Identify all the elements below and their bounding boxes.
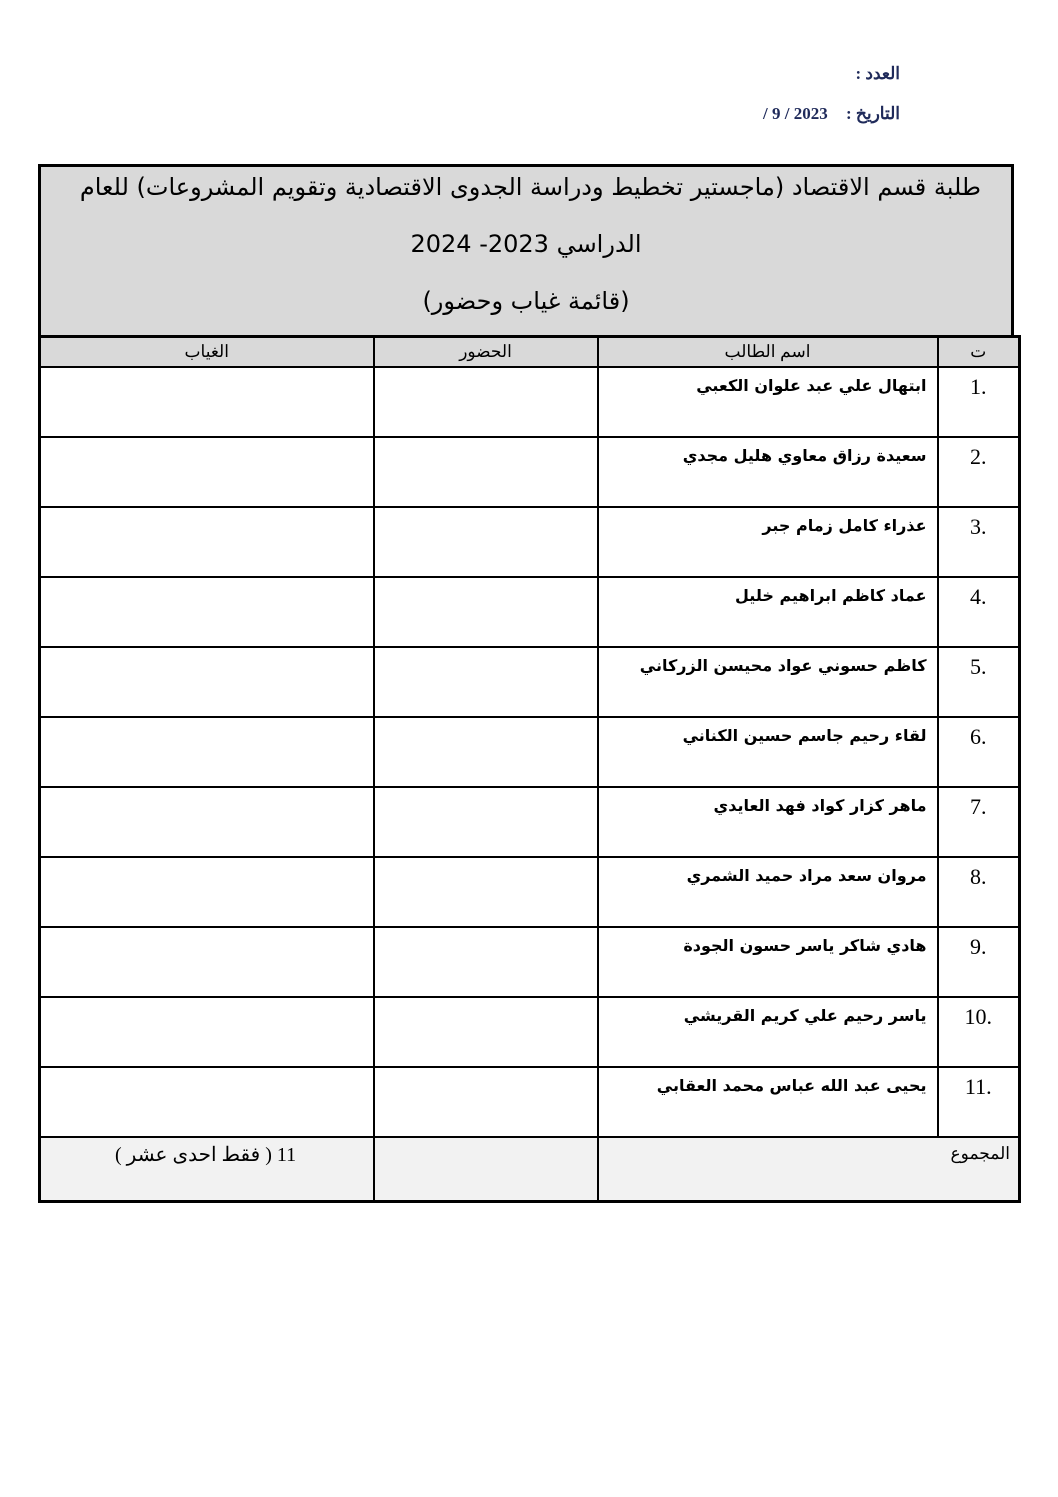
title-box: طلبة قسم الاقتصاد (ماجستير تخطيط ودراسة … <box>38 164 1014 335</box>
row-index: 4. <box>938 577 1020 647</box>
student-name: يحيى عبد الله عباس محمد العقابي <box>598 1067 938 1137</box>
document-number-label: العدد : <box>855 64 900 84</box>
student-name: ماهر كزار كواد فهد العايدي <box>598 787 938 857</box>
absence-cell[interactable] <box>40 787 374 857</box>
attendance-cell[interactable] <box>374 997 598 1067</box>
attendance-cell[interactable] <box>374 437 598 507</box>
title-line-3: (قائمة غياب وحضور) <box>41 287 1011 315</box>
student-name: هادي شاكر ياسر حسون الجودة <box>598 927 938 997</box>
table-header-row: ت اسم الطالب الحضور الغياب <box>40 337 1020 368</box>
column-header-absence: الغياب <box>40 337 374 368</box>
absence-cell[interactable] <box>40 857 374 927</box>
title-line-1: طلبة قسم الاقتصاد (ماجستير تخطيط ودراسة … <box>71 173 981 201</box>
attendance-cell[interactable] <box>374 577 598 647</box>
attendance-table: ت اسم الطالب الحضور الغياب 1. ابتهال علي… <box>38 335 1021 1203</box>
table-row: 9. هادي شاكر ياسر حسون الجودة <box>40 927 1020 997</box>
attendance-cell[interactable] <box>374 857 598 927</box>
table-row: 4. عماد كاظم ابراهيم خليل <box>40 577 1020 647</box>
attendance-cell[interactable] <box>374 787 598 857</box>
title-line-2: الدراسي 2023- 2024 <box>41 230 1011 258</box>
row-index: 5. <box>938 647 1020 717</box>
date-value: 2023 / 9 / <box>763 104 828 123</box>
row-index: 10. <box>938 997 1020 1067</box>
column-header-attendance: الحضور <box>374 337 598 368</box>
row-index: 11. <box>938 1067 1020 1137</box>
attendance-cell[interactable] <box>374 717 598 787</box>
absence-cell[interactable] <box>40 367 374 437</box>
table-row: 11. يحيى عبد الله عباس محمد العقابي <box>40 1067 1020 1137</box>
absence-cell[interactable] <box>40 1067 374 1137</box>
row-index: 9. <box>938 927 1020 997</box>
table-row: 5. كاظم حسوني عواد محيسن الزركاني <box>40 647 1020 717</box>
absence-cell[interactable] <box>40 437 374 507</box>
absence-cell[interactable] <box>40 577 374 647</box>
student-name: كاظم حسوني عواد محيسن الزركاني <box>598 647 938 717</box>
absence-cell[interactable] <box>40 507 374 577</box>
column-header-index: ت <box>938 337 1020 368</box>
absence-cell[interactable] <box>40 927 374 997</box>
attendance-cell[interactable] <box>374 1067 598 1137</box>
total-row: المجموع 11 ( فقط احدى عشر ) <box>40 1137 1020 1202</box>
attendance-cell[interactable] <box>374 507 598 577</box>
row-index: 1. <box>938 367 1020 437</box>
table-row: 8. مروان سعد مراد حميد الشمري <box>40 857 1020 927</box>
student-name: عماد كاظم ابراهيم خليل <box>598 577 938 647</box>
student-name: ياسر رحيم علي كريم القريشي <box>598 997 938 1067</box>
row-index: 7. <box>938 787 1020 857</box>
student-name: لقاء رحيم جاسم حسين الكناني <box>598 717 938 787</box>
absence-cell[interactable] <box>40 717 374 787</box>
total-attendance <box>374 1137 598 1202</box>
student-name: ابتهال علي عبد علوان الكعبي <box>598 367 938 437</box>
document-date: التاريخ : 2023 / 9 / <box>763 104 900 124</box>
attendance-cell[interactable] <box>374 927 598 997</box>
table-row: 10. ياسر رحيم علي كريم القريشي <box>40 997 1020 1067</box>
date-label: التاريخ : <box>846 104 900 123</box>
row-index: 3. <box>938 507 1020 577</box>
table-row: 7. ماهر كزار كواد فهد العايدي <box>40 787 1020 857</box>
attendance-cell[interactable] <box>374 647 598 717</box>
row-index: 8. <box>938 857 1020 927</box>
table-row: 6. لقاء رحيم جاسم حسين الكناني <box>40 717 1020 787</box>
table-row: 2. سعيدة رزاق معاوي هليل مجدي <box>40 437 1020 507</box>
attendance-cell[interactable] <box>374 367 598 437</box>
student-name: مروان سعد مراد حميد الشمري <box>598 857 938 927</box>
student-name: عذراء كامل زمام جبر <box>598 507 938 577</box>
total-label: المجموع <box>598 1137 1020 1202</box>
row-index: 2. <box>938 437 1020 507</box>
student-name: سعيدة رزاق معاوي هليل مجدي <box>598 437 938 507</box>
column-header-name: اسم الطالب <box>598 337 938 368</box>
table-row: 1. ابتهال علي عبد علوان الكعبي <box>40 367 1020 437</box>
total-absence: 11 ( فقط احدى عشر ) <box>40 1137 374 1202</box>
absence-cell[interactable] <box>40 997 374 1067</box>
row-index: 6. <box>938 717 1020 787</box>
absence-cell[interactable] <box>40 647 374 717</box>
table-row: 3. عذراء كامل زمام جبر <box>40 507 1020 577</box>
